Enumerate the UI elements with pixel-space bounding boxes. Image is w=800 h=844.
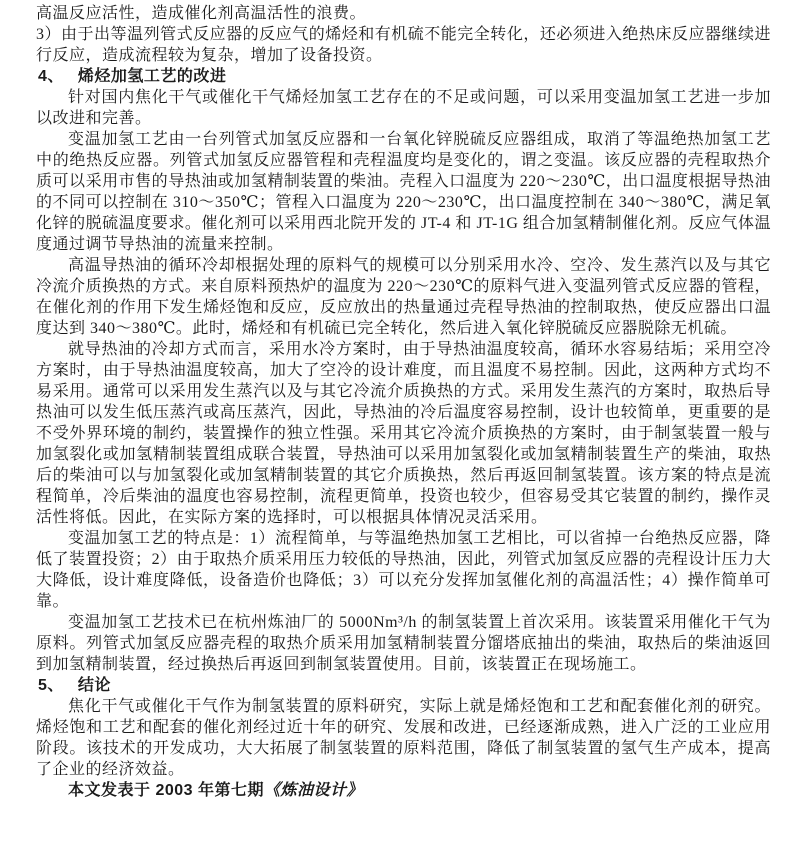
paragraph: 高温导热油的循环冷却根据处理的原料气的规模可以分别采用水冷、空冷、发生蒸汽以及与… bbox=[36, 255, 771, 339]
publication-note-text: 本文发表于 2003 年第七期 bbox=[68, 782, 264, 799]
paragraph: 变温加氢工艺技术已在杭州炼油厂的 5000Nm³/h 的制氢装置上首次采用。该装… bbox=[36, 612, 771, 675]
section-title: 烯烃加氢工艺的改进 bbox=[78, 68, 227, 85]
numbered-item-3: 3）由于出等温列管式反应器的反应气的烯烃和有机硫不能完全转化，还必须进入绝热床反… bbox=[36, 24, 771, 66]
continuation-text: 高温反应活性，造成催化剂高温活性的浪费。 bbox=[36, 3, 771, 24]
journal-title: 《炼油设计》 bbox=[264, 782, 363, 799]
section-heading-4: 4、烯烃加氢工艺的改进 bbox=[36, 66, 771, 87]
section-heading-5: 5、结论 bbox=[36, 675, 771, 696]
paragraph: 焦化干气或催化干气作为制氢装置的原料研究，实际上就是烯烃饱和工艺和配套催化剂的研… bbox=[36, 696, 771, 780]
section-number: 5、 bbox=[38, 675, 64, 696]
paragraph: 变温加氢工艺的特点是：1）流程简单，与等温绝热加氢工艺相比，可以省掉一台绝热反应… bbox=[36, 528, 771, 612]
section-title: 结论 bbox=[78, 677, 111, 694]
paragraph: 变温加氢工艺由一台列管式加氢反应器和一台氧化锌脱硫反应器组成，取消了等温绝热加氢… bbox=[36, 129, 771, 255]
paragraph: 就导热油的冷却方式而言，采用水冷方案时，由于导热油温度较高，循环水容易结垢；采用… bbox=[36, 339, 771, 528]
section-number: 4、 bbox=[38, 66, 64, 87]
document-page: 高温反应活性，造成催化剂高温活性的浪费。 3）由于出等温列管式反应器的反应气的烯… bbox=[0, 0, 800, 844]
paragraph: 针对国内焦化干气或催化干气烯烃加氢工艺存在的不足或问题，可以采用变温加氢工艺进一… bbox=[36, 87, 771, 129]
publication-note: 本文发表于 2003 年第七期《炼油设计》 bbox=[36, 780, 771, 801]
